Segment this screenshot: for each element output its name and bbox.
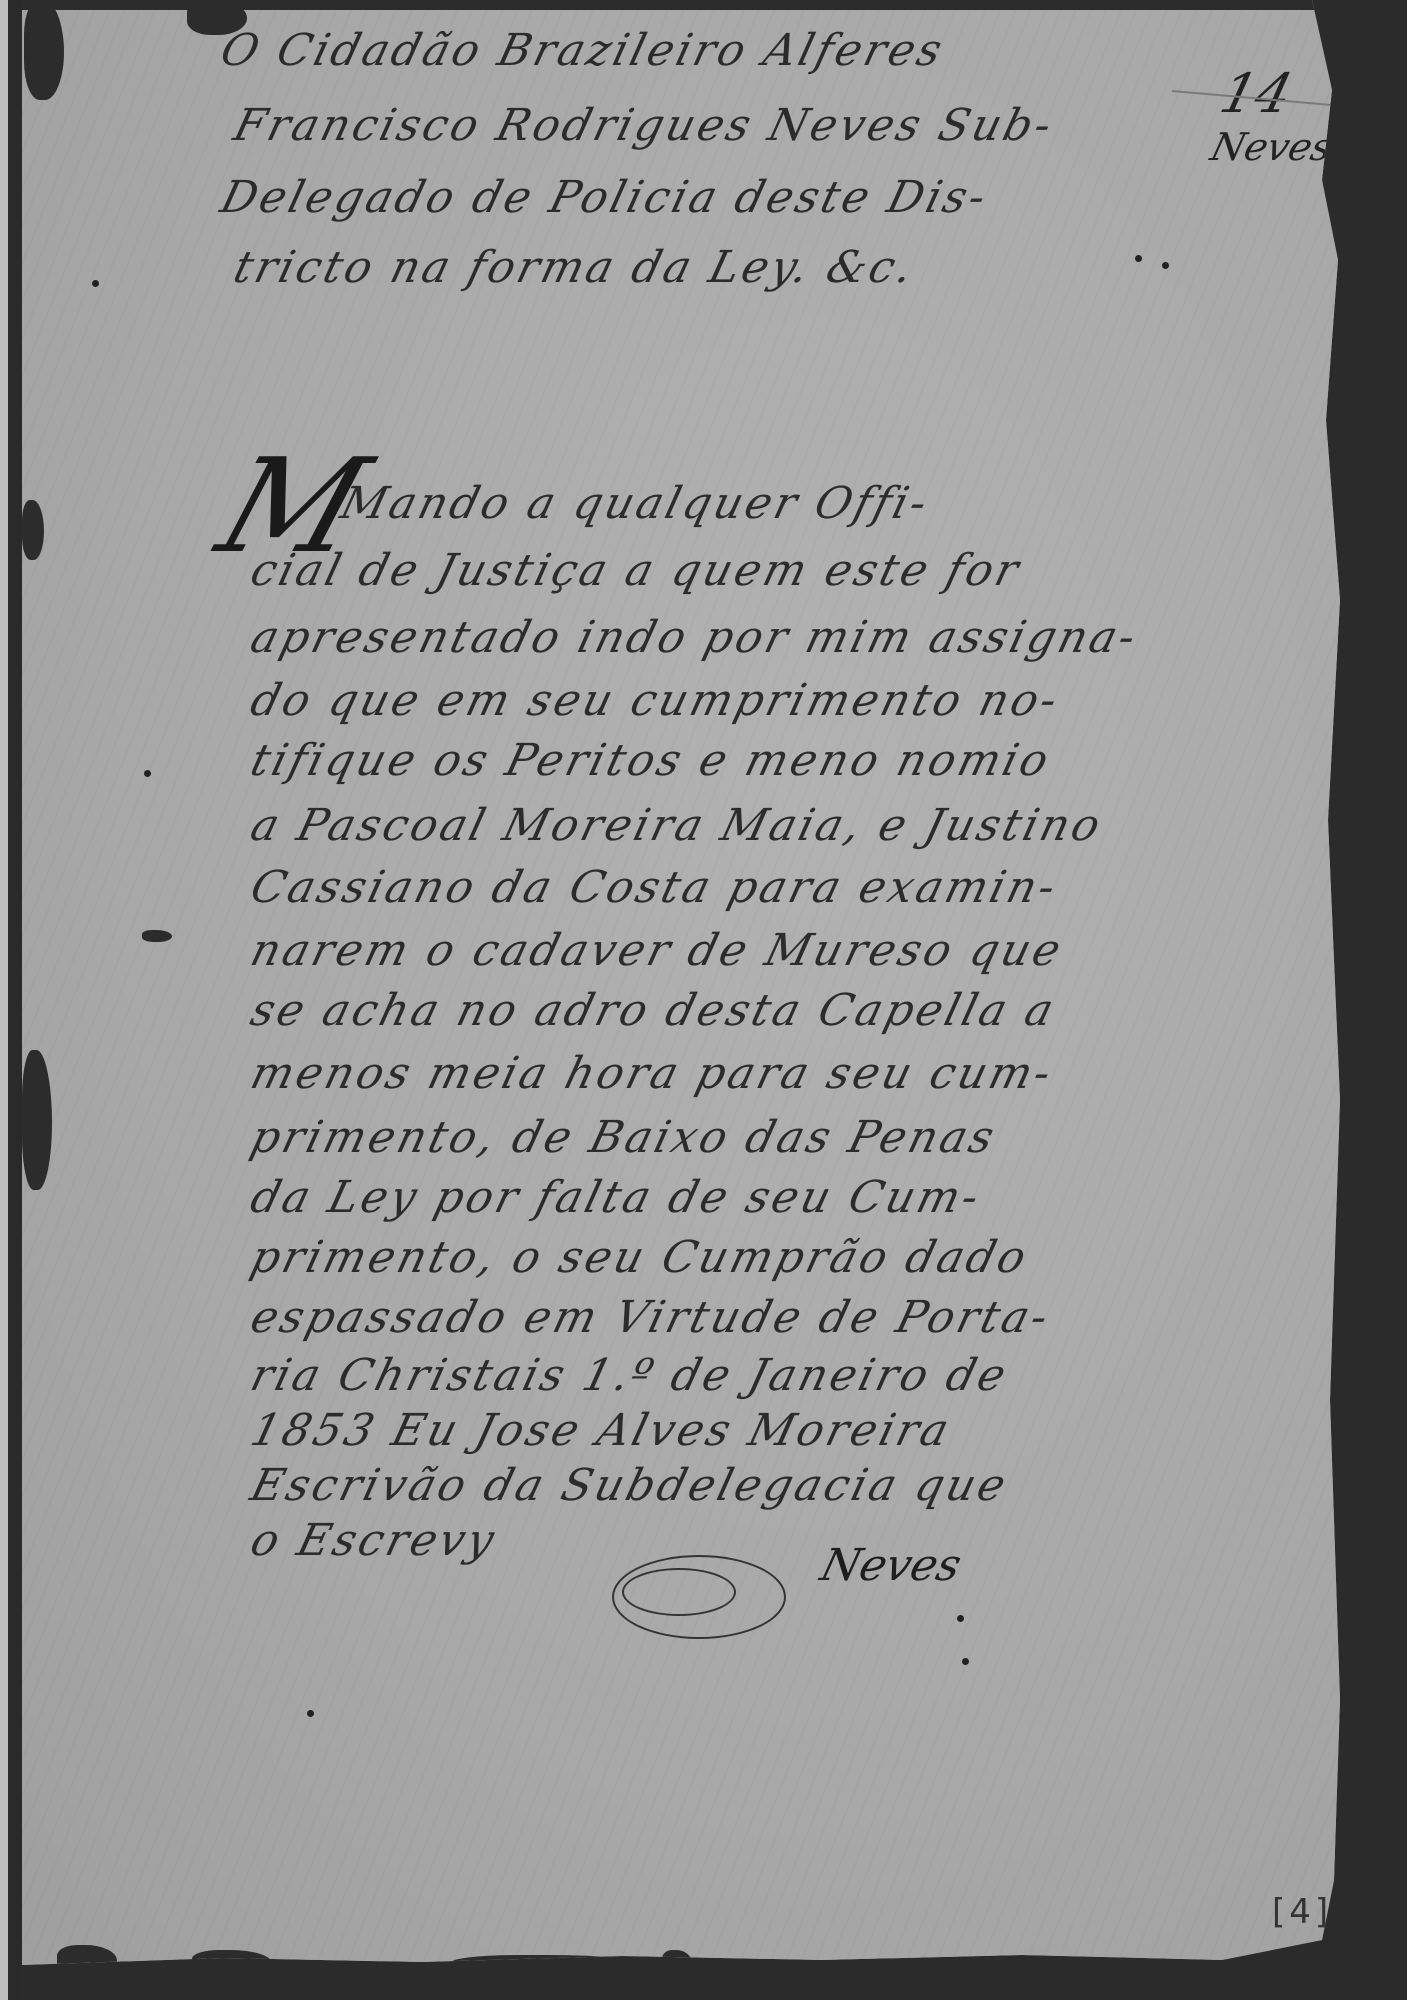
header-line: tricto na forma da Ley. &c.	[229, 242, 921, 293]
ink-dot	[144, 770, 151, 777]
ink-dot	[307, 1710, 314, 1717]
header-line: Francisco Rodrigues Neves Sub-	[229, 100, 1060, 151]
body-line: Escrivão da Subdelegacia que	[246, 1460, 1014, 1511]
header-line: O Cidadão Brazileiro Alferes	[216, 25, 950, 76]
ink-stain	[142, 930, 172, 942]
manuscript-page: O Cidadão Brazileiro Alferes Francisco R…	[22, 0, 1340, 1972]
ink-dot	[962, 1658, 969, 1665]
body-line: Cassiano da Costa para examin-	[246, 862, 1064, 913]
signature: Neves	[816, 1540, 967, 1591]
body-line: Mando a qualquer Offi-	[336, 478, 935, 529]
body-line: do que em seu cumprimento no-	[246, 675, 1066, 726]
ink-stain	[22, 1050, 52, 1190]
body-line: 1853 Eu Jose Alves Moreira	[246, 1405, 957, 1456]
ink-stain	[24, 0, 64, 100]
ink-dot	[1162, 262, 1169, 269]
body-line: narem o cadaver de Mureso que	[246, 925, 1069, 976]
folio-number: 14	[1214, 62, 1298, 125]
ink-dot	[957, 1615, 964, 1622]
header-line: Delegado de Policia deste Dis-	[216, 172, 994, 223]
ink-dot	[1135, 255, 1142, 262]
ink-stain	[22, 500, 44, 560]
body-line: se acha no adro desta Capella a	[246, 985, 1062, 1036]
margin-name: Neves	[1207, 125, 1337, 169]
body-line: primento, de Baixo das Penas	[246, 1112, 1002, 1163]
ink-dot	[92, 280, 99, 287]
body-line: menos meia hora para seu cum-	[246, 1048, 1059, 1099]
body-line: apresentado indo por mim assigna-	[246, 612, 1144, 663]
ink-stain	[22, 0, 1322, 10]
binding-strip	[0, 0, 22, 2000]
body-line: o Escrevy	[246, 1515, 502, 1566]
signature-flourish	[622, 1568, 736, 1616]
body-line: cial de Justiça a quem este for	[246, 545, 1027, 596]
body-line: a Pascoal Moreira Maia, e Justino	[246, 800, 1108, 851]
archive-page-number: [4]	[1272, 1892, 1332, 1932]
body-line: tifique os Peritos e meno nomio	[246, 735, 1057, 786]
body-line: primento, o seu Cumprão dado	[246, 1232, 1034, 1283]
body-line: da Ley por falta de seu Cum-	[246, 1172, 987, 1223]
body-line: espassado em Virtude de Porta-	[246, 1292, 1056, 1343]
body-line: ria Christais 1.º de Janeiro de	[246, 1350, 1014, 1401]
